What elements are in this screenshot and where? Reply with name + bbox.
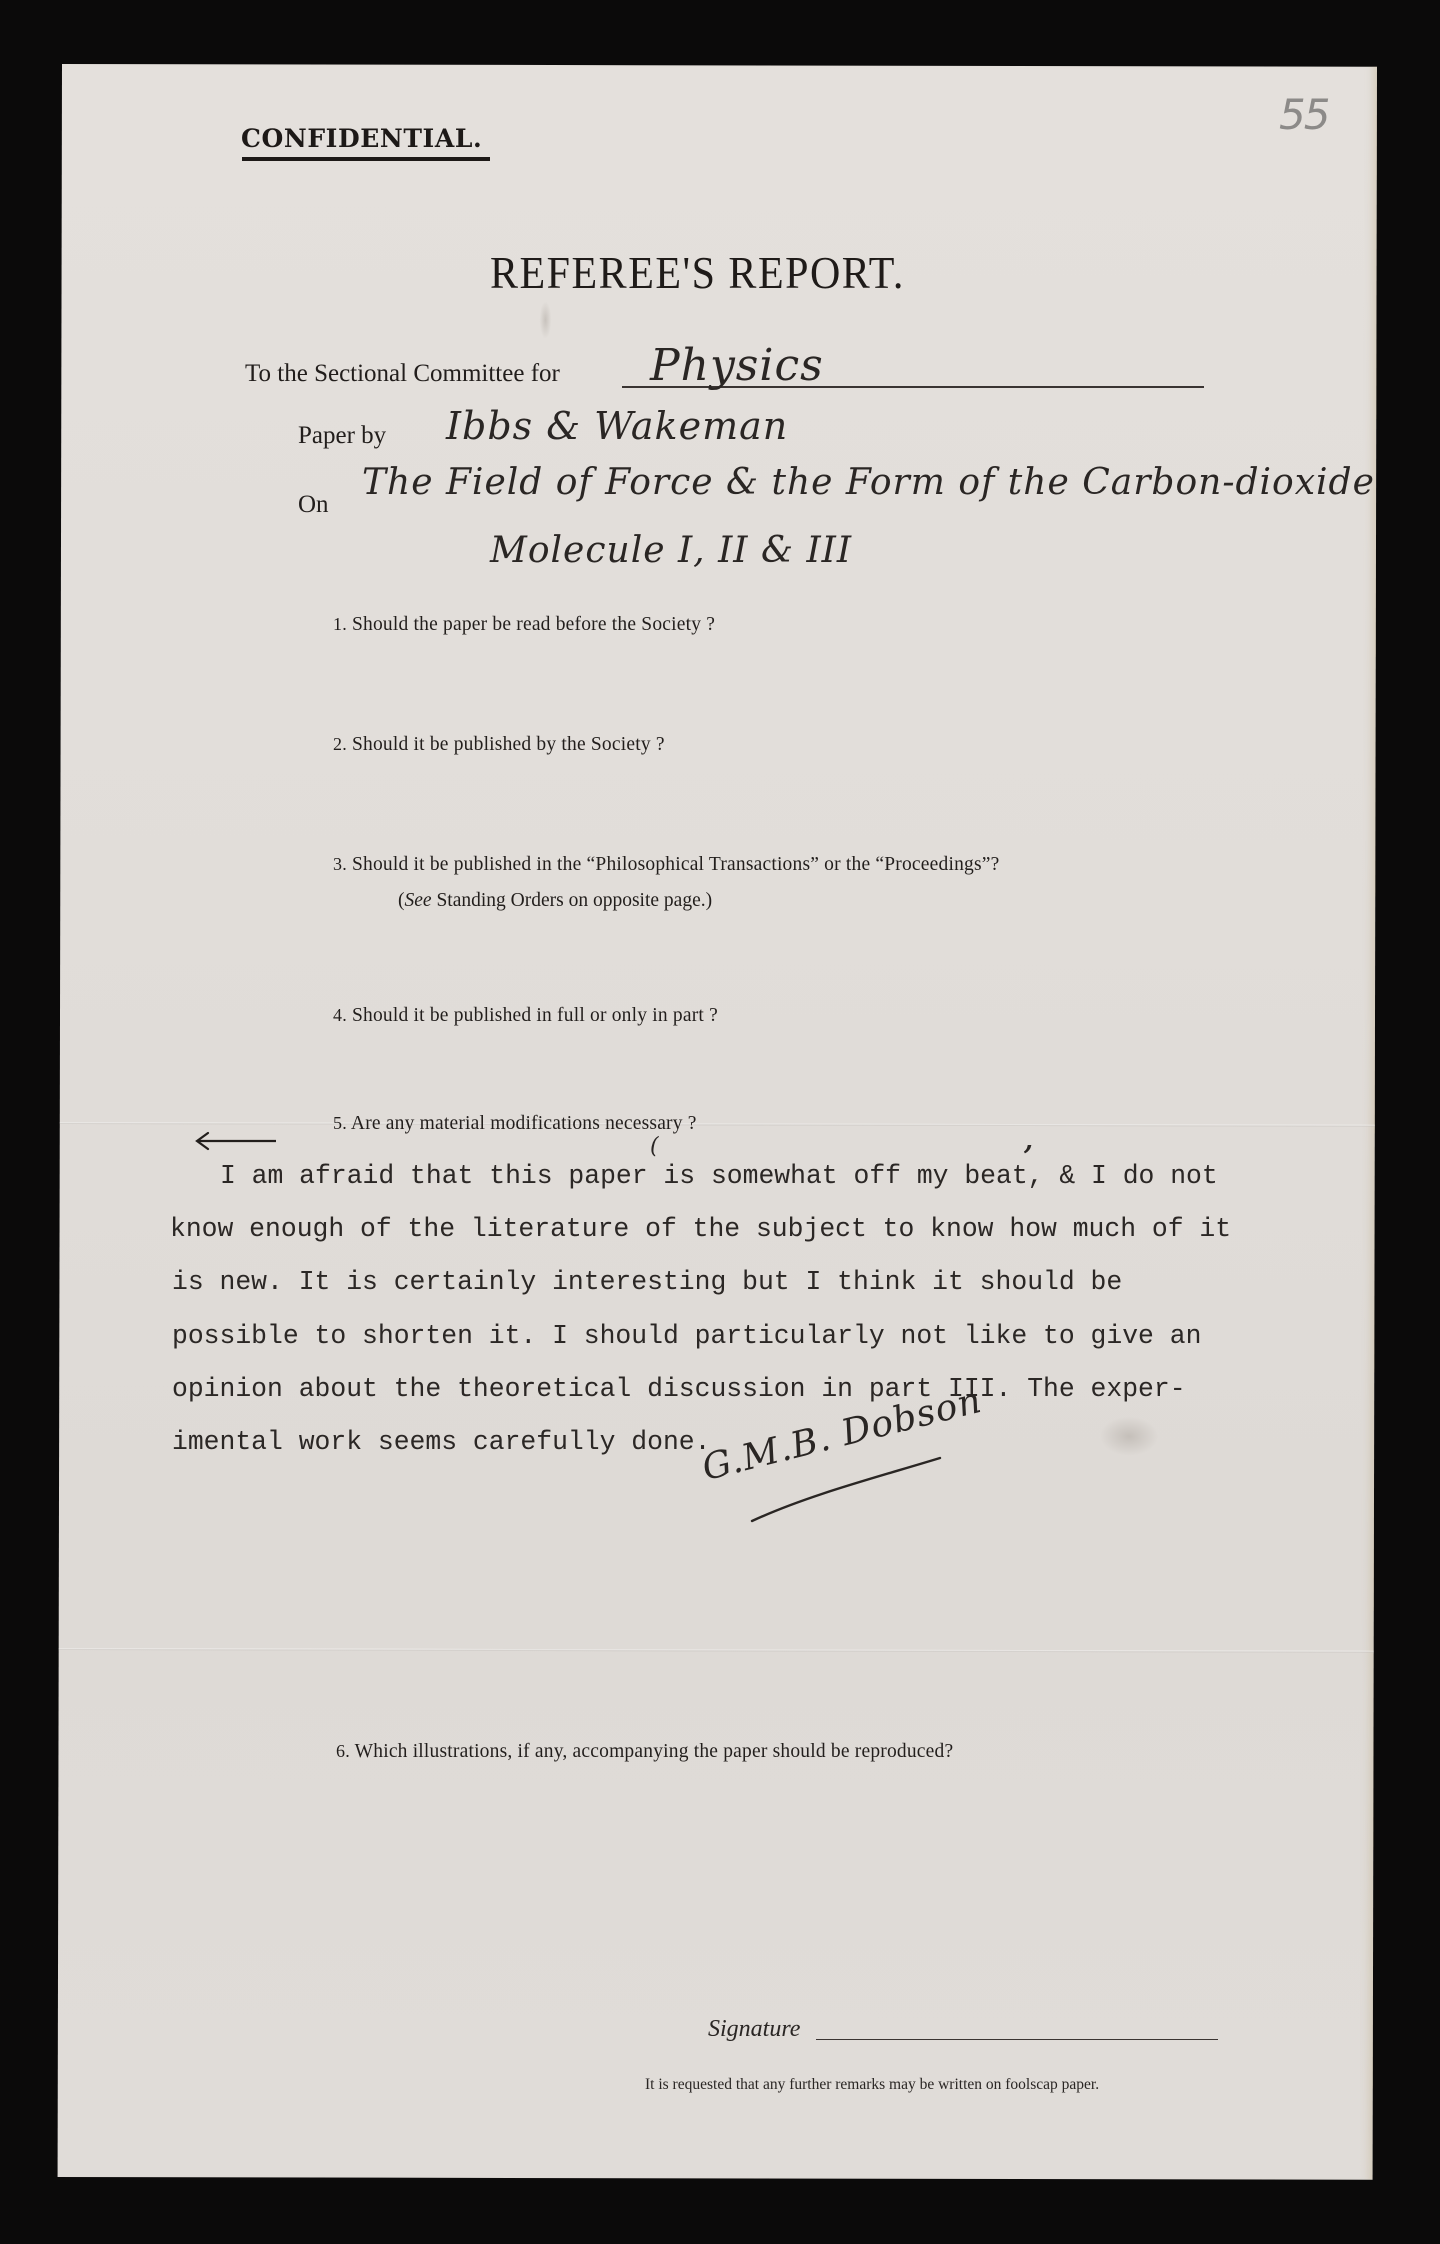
on-value-line1: The Field of Force & the Form of the Car… [362, 462, 1375, 503]
response-line: know enough of the literature of the sub… [170, 1214, 1231, 1244]
response-line: is new. It is certainly interesting but … [172, 1267, 1122, 1297]
question-number: 6. [336, 1741, 350, 1761]
note-rest: Standing Orders on opposite page.) [432, 890, 713, 911]
question-number: 1. [333, 614, 347, 634]
question-number: 2. [333, 734, 347, 754]
note-italic: See [405, 890, 432, 911]
question-1: 1. Should the paper be read before the S… [333, 614, 715, 636]
arrow-left-icon [192, 1130, 282, 1152]
signature-flourish [748, 1455, 948, 1525]
question-text: Should it be published in the “Philosoph… [352, 854, 999, 875]
question-text: Are any material modifications necessary… [351, 1113, 697, 1134]
question-text: Which illustrations, if any, accompanyin… [355, 1741, 954, 1762]
paper-by-value: Ibbs & Wakeman [446, 404, 788, 448]
question-6: 6. Which illustrations, if any, accompan… [336, 1741, 953, 1763]
response-line: possible to shorten it. I should particu… [172, 1321, 1201, 1351]
on-label: On [298, 491, 329, 519]
on-value-line2: Molecule I, II & III [490, 530, 852, 571]
smudge [539, 301, 551, 339]
page-number: 55 [1279, 90, 1328, 139]
response-line: I am afraid that this paper is somewhat … [220, 1161, 1218, 1191]
smudge [1099, 1416, 1159, 1456]
paper-by-label: Paper by [298, 422, 386, 450]
question-number: 4. [333, 1005, 347, 1025]
paper-fold-line [60, 1122, 1375, 1127]
question-3-note: (See Standing Orders on opposite page.) [398, 890, 712, 912]
confidential-underline [242, 157, 490, 161]
question-text: Should it be published in full or only i… [352, 1005, 718, 1026]
question-text: Should it be published by the Society ? [352, 734, 665, 755]
signature-label: Signature [708, 2016, 800, 2043]
response-line: opinion about the theoretical discussion… [172, 1374, 1186, 1404]
question-2: 2. Should it be published by the Society… [333, 734, 665, 756]
page-title: REFEREE'S REPORT. [490, 248, 905, 300]
question-text: Should the paper be read before the Soci… [352, 614, 715, 635]
question-number: 3. [333, 854, 347, 874]
inserted-open-quote: ( [650, 1134, 660, 1159]
response-line: imental work seems carefully done. [172, 1427, 710, 1457]
paper-fold-line [59, 1648, 1374, 1653]
question-4: 4. Should it be published in full or onl… [333, 1005, 718, 1027]
question-3: 3. Should it be published in the “Philos… [333, 854, 999, 876]
question-5: 5. Are any material modifications necess… [333, 1113, 697, 1135]
inserted-close-quote: , [1024, 1126, 1034, 1156]
signature-field-line [816, 2039, 1218, 2040]
question-number: 5. [333, 1113, 347, 1133]
footer-note: It is requested that any further remarks… [645, 2076, 1099, 2094]
committee-value: Physics [650, 340, 824, 391]
committee-label: To the Sectional Committee for [245, 360, 560, 388]
confidential-label: CONFIDENTIAL. [241, 124, 482, 153]
